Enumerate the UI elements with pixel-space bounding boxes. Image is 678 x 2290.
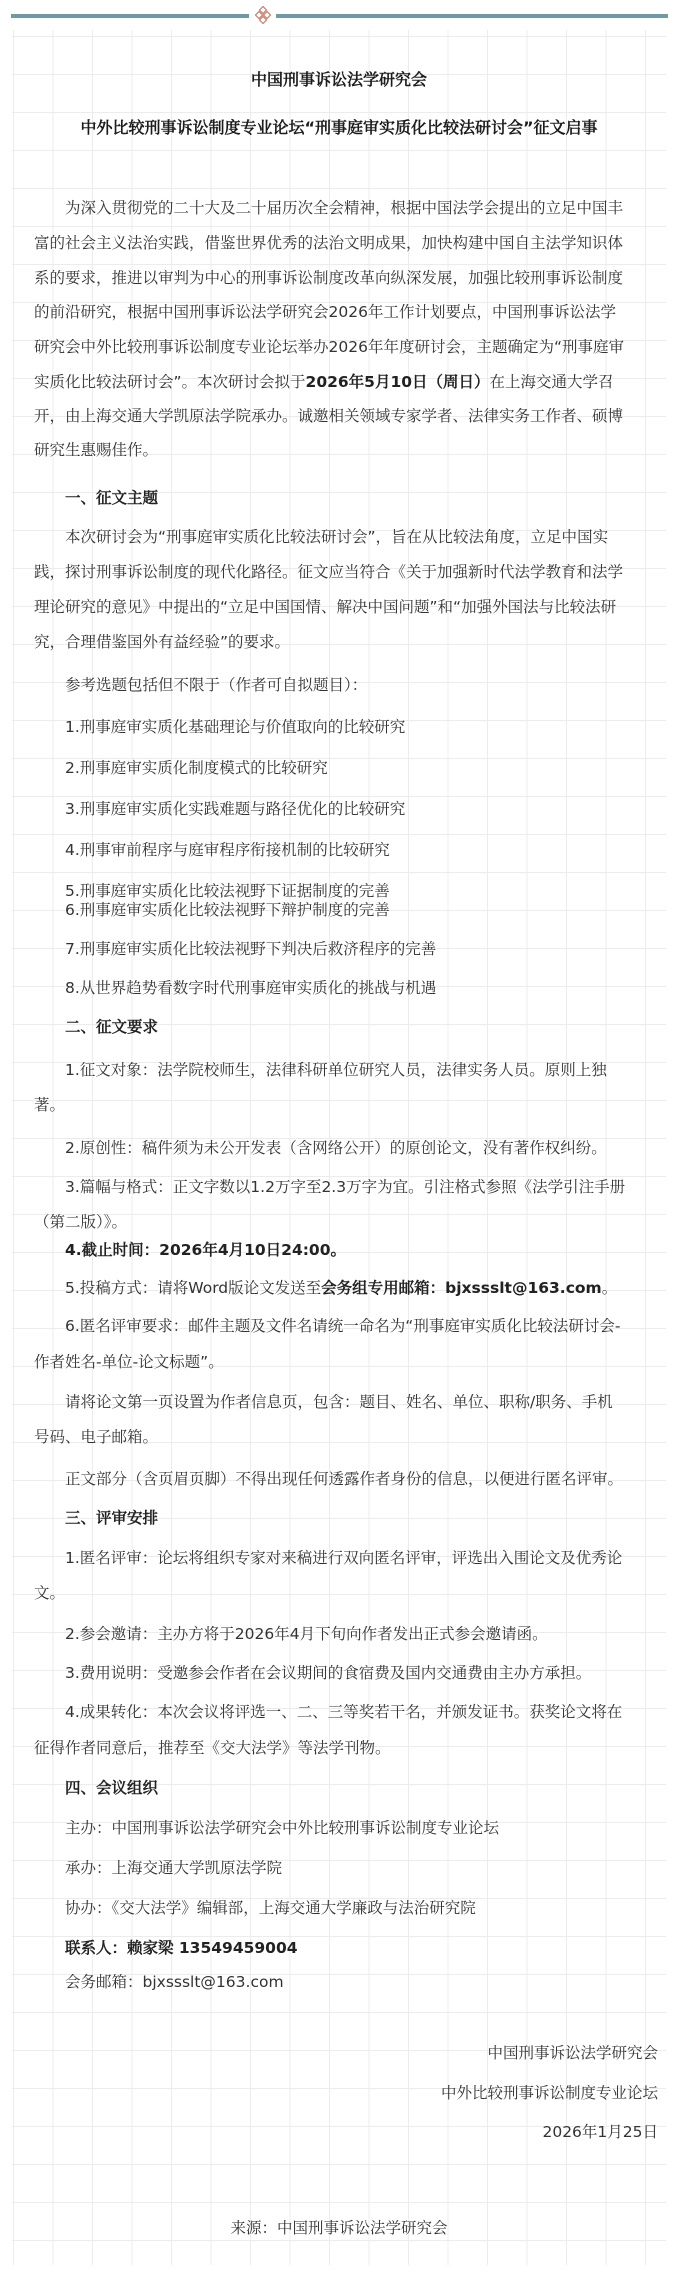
section-1-line-2: 践，探讨刑事诉讼制度的现代化路径。征文应当符合《关于加强新时代法学教育和法学 [34,562,651,582]
topic-item-7: 7.刑事庭审实质化比较法视野下判决后救济程序的完善 [65,939,436,959]
topic-item-1: 1.刑事庭审实质化基础理论与价值取向的比较研究 [65,717,405,737]
signature-org-2: 中外比较刑事诉讼制度专业论坛 [441,2083,658,2103]
review-1-line-1: 1.匿名评审：论坛将组织专家对来稿进行双向匿名评审，评选出入围论文及优秀论 [65,1548,622,1568]
divider-line-left [11,14,249,18]
section-1-heading: 一、征文主题 [65,488,158,508]
req-6-line-2: 作者姓名-单位-论文标题”。 [34,1352,651,1372]
topic-item-2: 2.刑事庭审实质化制度模式的比较研究 [65,758,328,778]
section-1-line-1: 本次研讨会为“刑事庭审实质化比较法研讨会”，旨在从比较法角度，立足中国实 [65,527,608,547]
section-2-heading: 二、征文要求 [65,1017,158,1037]
req-5: 5.投稿方式：请将Word版论文发送至会务组专用邮箱：bjxssslt@163.… [65,1278,617,1298]
intro-line-1: 为深入贯彻党的二十大及二十届历次全会精神，根据中国法学会提出的立足中国丰 [65,198,623,218]
req-1-line-1: 1.征文对象：法学院校师生，法律科研单位研究人员，法律实务人员。原则上独 [65,1060,607,1080]
conference-email[interactable]: 会务邮箱：bjxssslt@163.com [65,1972,284,1992]
section-4-heading: 四、会议组织 [65,1778,158,1798]
topics-intro: 参考选题包括但不限于（作者可自拟题目）： [65,675,367,695]
notice-title: 中外比较刑事诉讼制度专业论坛“刑事庭审实质化比较法研讨会”征文启事 [0,118,678,138]
intro-line-6: 实质化比较法研讨会”。本次研讨会拟于2026年5月10日（周日）在上海交通大学召 [34,372,651,392]
intro-line-5: 研究会中外比较刑事诉讼制度专业论坛举办2026年年度研讨会，主题确定为“刑事庭审 [34,337,651,357]
contact-person: 联系人：赖家梁 13549459004 [65,1938,298,1958]
intro-line-6-post: 在上海交通大学召 [490,373,614,391]
organizer: 承办：上海交通大学凯原法学院 [65,1858,282,1878]
intro-line-3: 系的要求，推进以审判为中心的刑事诉讼制度改革向纵深发展，加强比较刑事诉讼制度 [34,268,651,288]
section-1-line-3: 理论研究的意见》中提出的“立足中国国情、解决中国问题”和“加强外国法与比较法研 [34,597,651,617]
topic-item-4: 4.刑事审前程序与庭审程序衔接机制的比较研究 [65,840,390,860]
signature-date: 2026年1月25日 [542,2122,658,2142]
review-1-line-2: 文。 [34,1583,651,1603]
review-4-line-1: 4.成果转化：本次会议将评选一、二、三等奖若干名，并颁发证书。获奖论文将在 [65,1702,622,1722]
req-5-pre: 5.投稿方式：请将Word版论文发送至 [65,1279,321,1297]
intro-line-4: 的前沿研究，根据中国刑事诉讼法学研究会2026年工作计划要点，中国刑事诉讼法学 [34,302,651,322]
req-3-line-2: （第二版）》。 [34,1212,651,1232]
org-title: 中国刑事诉讼法学研究会 [0,70,678,90]
req-3-line-1: 3.篇幅与格式：正文字数以1.2万字至2.3万字为宜。引注格式参照《法学引注手册 [65,1177,625,1197]
review-3: 3.费用说明：受邀参会作者在会议期间的食宿费及国内交通费由主办方承担。 [65,1663,591,1683]
req-1-line-2: 著。 [34,1095,651,1115]
req-4-deadline: 4.截止时间：2026年4月10日24:00。 [65,1240,346,1260]
review-2: 2.参会邀请：主办方将于2026年4月下旬向作者发出正式参会邀请函。 [65,1624,548,1644]
topic-item-8: 8.从世界趋势看数字时代刑事庭审实质化的挑战与机遇 [65,978,436,998]
req-5-post: 。 [602,1279,618,1297]
topic-item-3: 3.刑事庭审实质化实践难题与路径优化的比较研究 [65,799,405,819]
topic-item-5: 5.刑事庭审实质化比较法视野下证据制度的完善 [65,881,390,901]
signature-org-1: 中国刑事诉讼法学研究会 [487,2043,658,2063]
review-4-line-2: 征得作者同意后，推荐至《交大法学》等法学刊物。 [34,1738,651,1758]
intro-line-6-pre: 实质化比较法研讨会”。本次研讨会拟于 [34,373,306,391]
topic-item-6: 6.刑事庭审实质化比较法视野下辩护制度的完善 [65,900,390,920]
host: 主办：中国刑事诉讼法学研究会中外比较刑事诉讼制度专业论坛 [65,1818,499,1838]
req-6-line-1: 6.匿名评审要求：邮件主题及文件名请统一命名为“刑事庭审实质化比较法研讨会- [65,1316,620,1336]
source-note: 来源：中国刑事诉讼法学研究会 [0,2218,678,2238]
top-divider [11,12,668,20]
section-3-heading: 三、评审安排 [65,1508,158,1528]
intro-line-2: 富的社会主义法治实践，借鉴世界优秀的法治文明成果，加快构建中国自主法学知识体 [34,233,651,253]
co-organizer: 协办：《交大法学》编辑部，上海交通大学廉政与法治研究院 [65,1898,476,1918]
intro-line-7: 开，由上海交通大学凯原法学院承办。诚邀相关领域专家学者、法律实务工作者、硕博 [34,406,651,426]
intro-line-8: 研究生惠赐佳作。 [34,440,651,460]
submission-email[interactable]: 会务组专用邮箱：bjxssslt@163.com [321,1279,602,1297]
section-1-line-4: 究，合理借鉴国外有益经验”的要求。 [34,632,651,652]
req-2: 2.原创性：稿件须为未公开发表（含网络公开）的原创论文，没有著作权纠纷。 [65,1138,607,1158]
info-line-1: 请将论文第一页设置为作者信息页，包含：题目、姓名、单位、职称/职务、手机 [65,1392,613,1412]
chinese-knot-icon [255,6,271,24]
info-line-2: 号码、电子邮箱。 [34,1427,651,1447]
conference-date: 2026年5月10日（周日） [306,373,490,391]
divider-line-right [276,14,668,18]
anonymity-note: 正文部分（含页眉页脚）不得出现任何透露作者身份的信息，以便进行匿名评审。 [65,1469,623,1489]
